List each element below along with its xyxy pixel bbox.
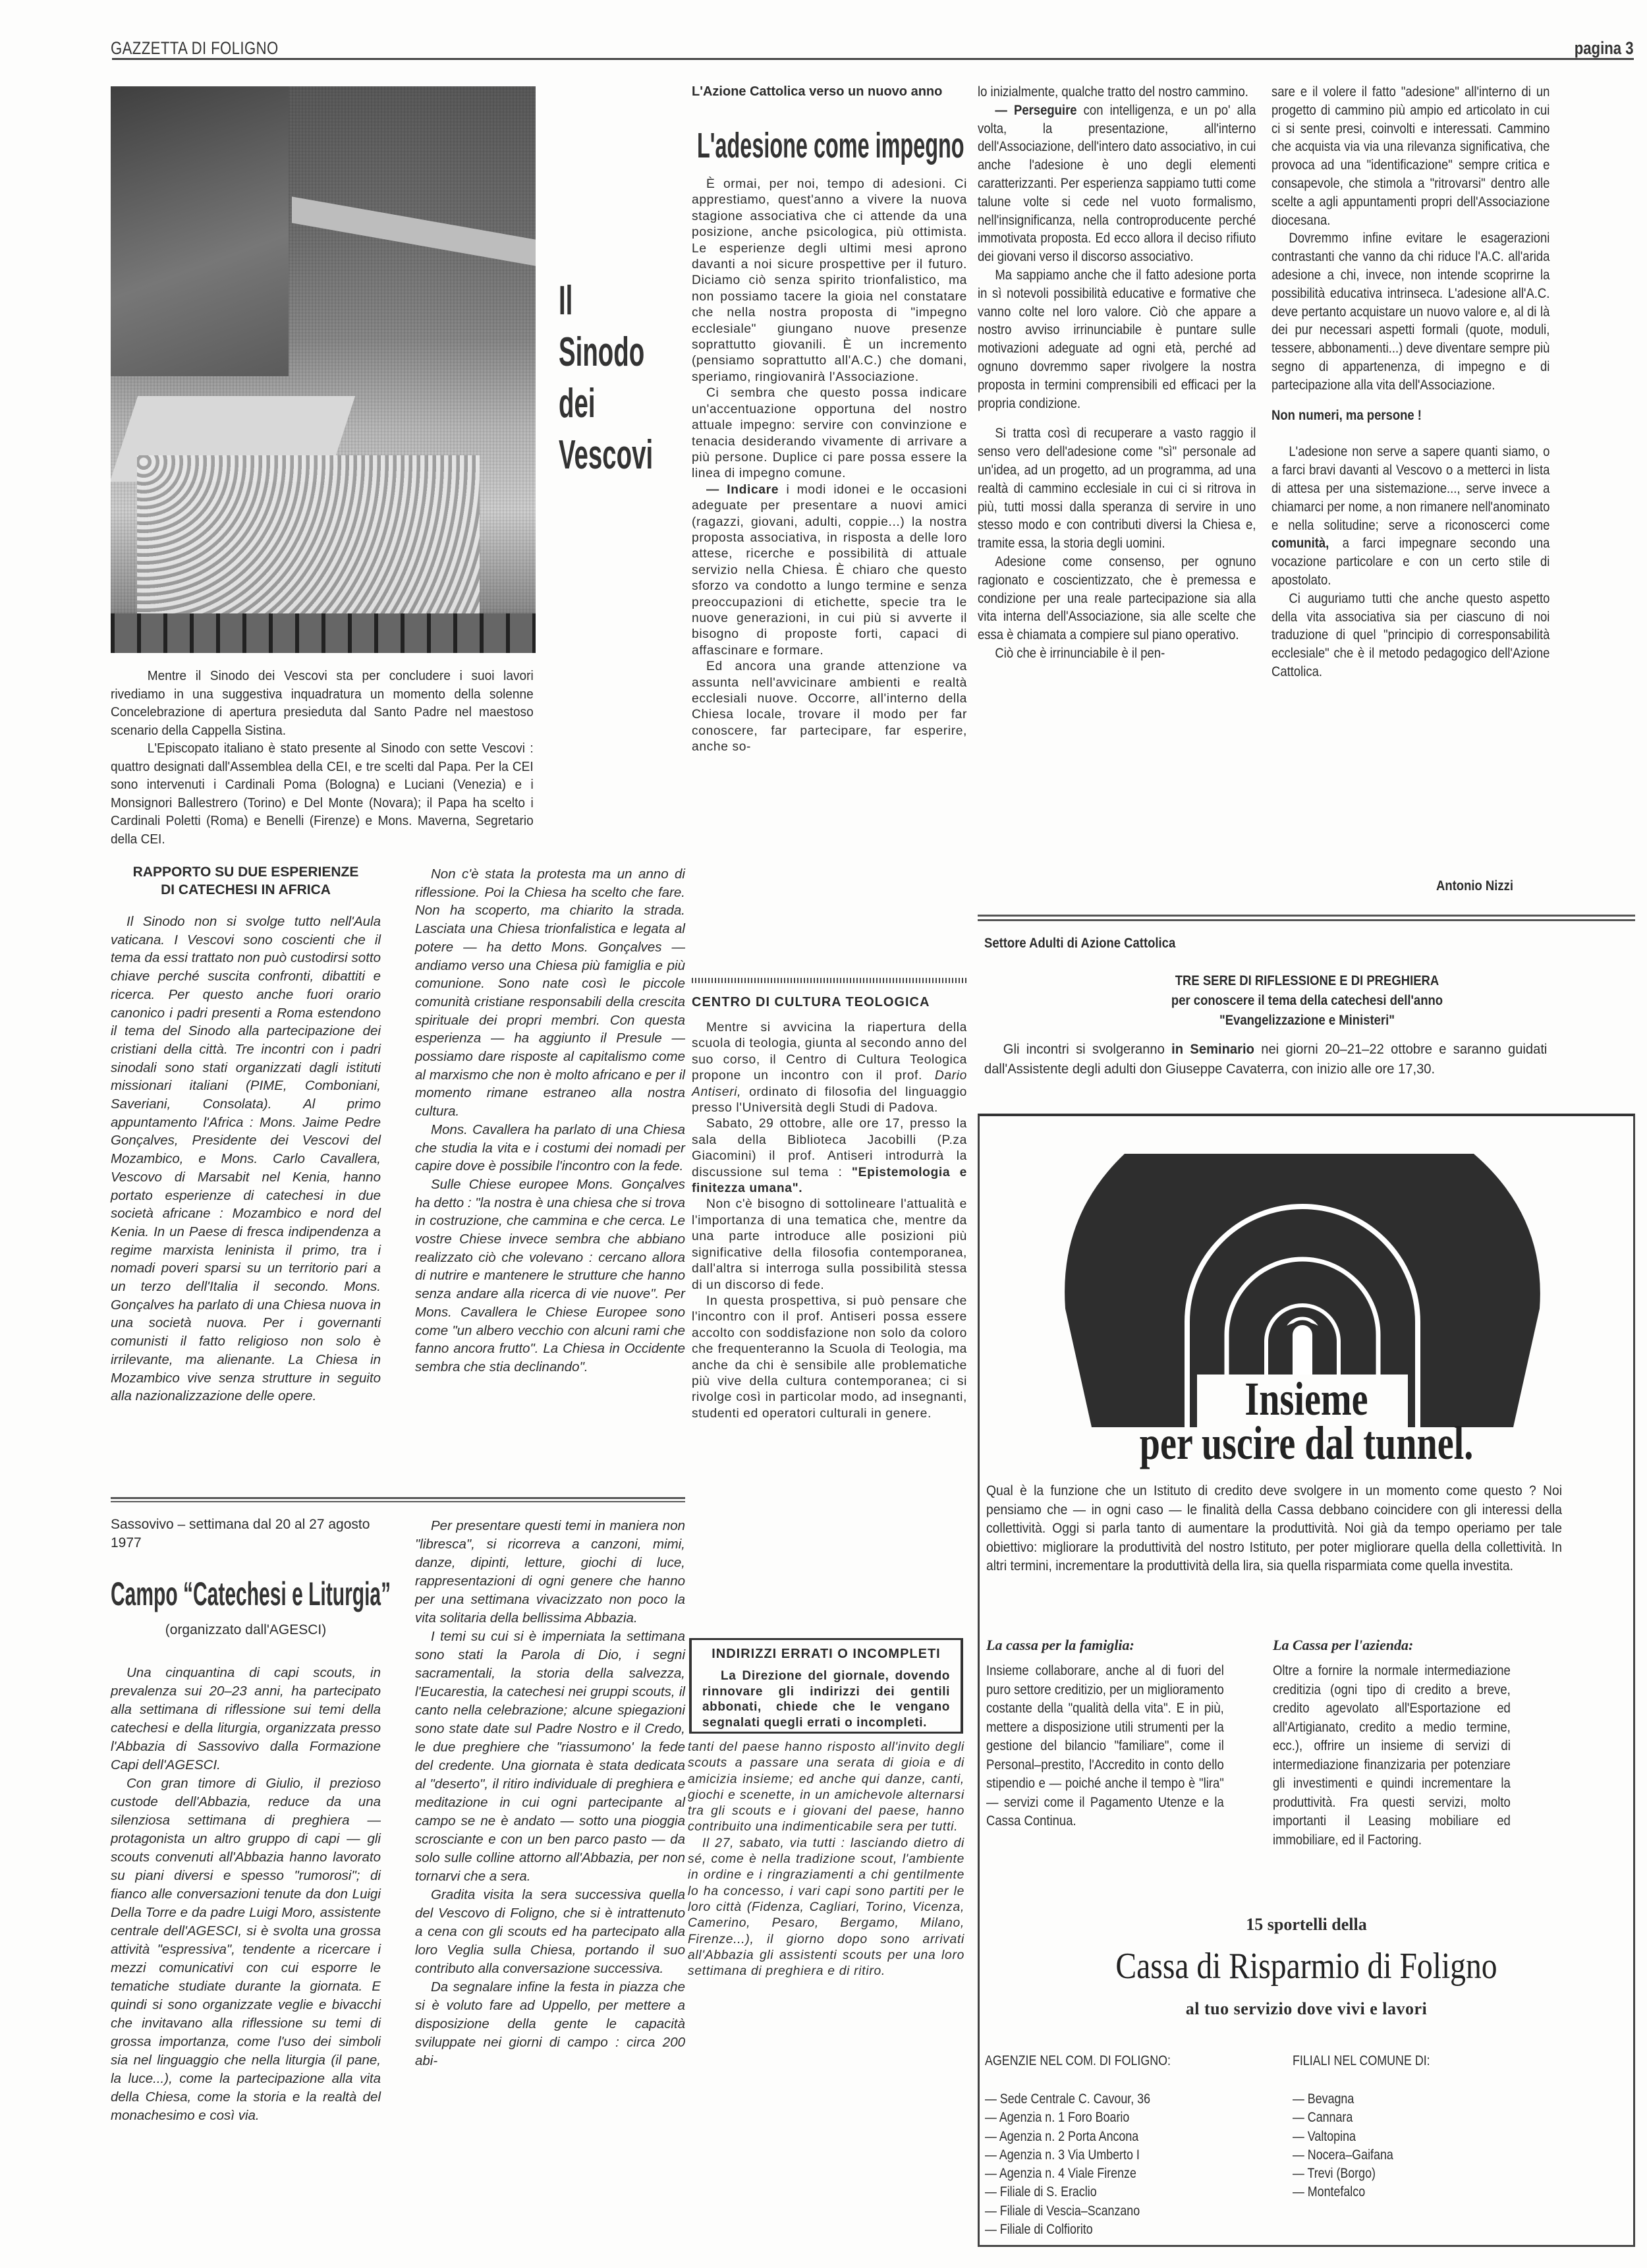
agenzie-list: — Sede Centrale C. Cavour, 36 — Agenzia … — [985, 2090, 1179, 2239]
azienda-text: Oltre a fornire la normale intermediazio… — [1273, 1662, 1510, 1850]
author-signature: Antonio Nizzi — [1436, 878, 1513, 894]
list-item: — Agenzia n. 4 Viale Firenze — [985, 2165, 1150, 2183]
list-item: — Agenzia n. 2 Porta Ancona — [985, 2128, 1150, 2146]
azione-title: L'adesione come impegno — [697, 125, 964, 166]
list-item: — Nocera–Gaifana — [1293, 2146, 1393, 2165]
ad-headline-2: per uscire dal tunnel. — [1051, 1416, 1561, 1471]
tre-sere-heading: TRE SERE DI RIFLESSIONE E DI PREGHIERA p… — [978, 971, 1636, 1031]
list-item: — Cannara — [1293, 2109, 1393, 2127]
campo-column-2: Per presentare questi temi in maniera no… — [415, 1517, 685, 2070]
campo-title: Campo “Catechesi e Liturgia” — [111, 1575, 391, 1613]
azione-column-3: sare e il volere il fatto "adesione" all… — [1271, 83, 1581, 681]
list-item: — Montefalco — [1293, 2183, 1393, 2201]
settore-label: Settore Adulti di Azione Cattolica — [984, 936, 1175, 951]
list-item: — Valtopina — [1293, 2128, 1393, 2146]
africa-column-2: Non c'è stata la protesta ma un anno di … — [415, 865, 685, 1376]
campo-dateline: Sassovivo – settimana dal 20 al 27 agost… — [111, 1516, 381, 1552]
header-rule — [112, 58, 1634, 60]
photo-caption: Mentre il Sinodo dei Vescovi sta per con… — [111, 667, 536, 848]
list-item: — Trevi (Borgo) — [1293, 2165, 1393, 2183]
fresco-wall — [111, 86, 289, 376]
section-divider-right — [978, 915, 1635, 921]
famiglia-heading: La cassa per la famiglia: — [986, 1637, 1134, 1654]
list-item: — Filiale di Vescia–Scanzano — [985, 2202, 1150, 2221]
campo-column-3: tanti del paese hanno risposto all'invit… — [688, 1740, 964, 1979]
gallery-balcony — [292, 196, 536, 266]
list-item: — Filiale di Colfiorito — [985, 2221, 1150, 2239]
azione-subheading: Non numeri, ma persone ! — [1271, 407, 1544, 425]
bank-tagline: al tuo servizio dove vivi e lavori — [980, 1999, 1633, 2019]
agenzie-heading: AGENZIE NEL COM. DI FOLIGNO: — [985, 2053, 1171, 2069]
sinodo-title: Il Sinodo dei Vescovi — [559, 275, 616, 481]
bishops-crowd — [137, 455, 480, 627]
indicare-paragraph: — Indicare i modi idonei e le occasioni … — [692, 482, 967, 659]
tre-sere-text: Gli incontri si svolgeranno in Seminario… — [984, 1040, 1551, 1079]
campo-subtitle: (organizzato dall'AGESCI) — [111, 1622, 381, 1638]
bank-advertisement: Insieme per uscire dal tunnel. Qual è la… — [978, 1114, 1635, 2247]
azienda-heading: La Cassa per l'azienda: — [1273, 1637, 1413, 1654]
masthead: GAZZETTA DI FOLIGNO — [111, 38, 279, 59]
filiali-heading-label: FILIALI NEL COMUNE DI: — [1293, 2053, 1430, 2069]
list-item: — Agenzia n. 1 Foro Boario — [985, 2109, 1150, 2127]
azione-kicker: L'Azione Cattolica verso un nuovo anno — [692, 83, 965, 101]
sistine-chapel-photo — [111, 86, 536, 653]
page-number: pagina 3 — [1575, 38, 1634, 59]
centro-heading: CENTRO DI CULTURA TEOLOGICA — [692, 995, 967, 1010]
campo-column-1: Una cinquantina di capi scouts, in preva… — [111, 1664, 381, 2125]
list-item: — Sede Centrale C. Cavour, 36 — [985, 2090, 1150, 2109]
dotted-divider — [692, 978, 967, 983]
list-item: — Bevagna — [1293, 2090, 1393, 2109]
centro-column: Mentre si avvicina la riapertura della s… — [692, 1020, 967, 1422]
indirizzi-notice-box: INDIRIZZI ERRATI O INCOMPLETI La Direzio… — [689, 1638, 963, 1734]
azione-column-2: lo inizialmente, qualche tratto del nost… — [978, 83, 1287, 663]
ad-sportelli: 15 sportelli della — [980, 1915, 1633, 1935]
railing — [111, 613, 536, 653]
bank-name: Cassa di Risparmio di Foligno — [1028, 1945, 1584, 1987]
africa-heading: RAPPORTO SU DUE ESPERIENZE DI CATECHESI … — [111, 863, 381, 899]
perseguire-paragraph: — Perseguire con intelligenza, e un po' … — [978, 101, 1256, 266]
list-item: — Filiale di S. Eraclio — [985, 2183, 1150, 2201]
africa-column-1: Il Sinodo non si svolge tutto nell'Aula … — [111, 913, 381, 1405]
ad-intro: Qual è la funzione che un Istituto di cr… — [986, 1482, 1566, 1576]
filiali-list: — Bevagna — Cannara — Valtopina — Nocera… — [1293, 2090, 1411, 2202]
famiglia-text: Insieme collaborare, anche al di fuori d… — [986, 1662, 1223, 1831]
section-divider — [111, 1497, 685, 1502]
list-item: — Agenzia n. 3 Via Umberto I — [985, 2146, 1150, 2165]
azione-column-1: È ormai, per noi, tempo di adesioni. Ci … — [692, 177, 967, 756]
